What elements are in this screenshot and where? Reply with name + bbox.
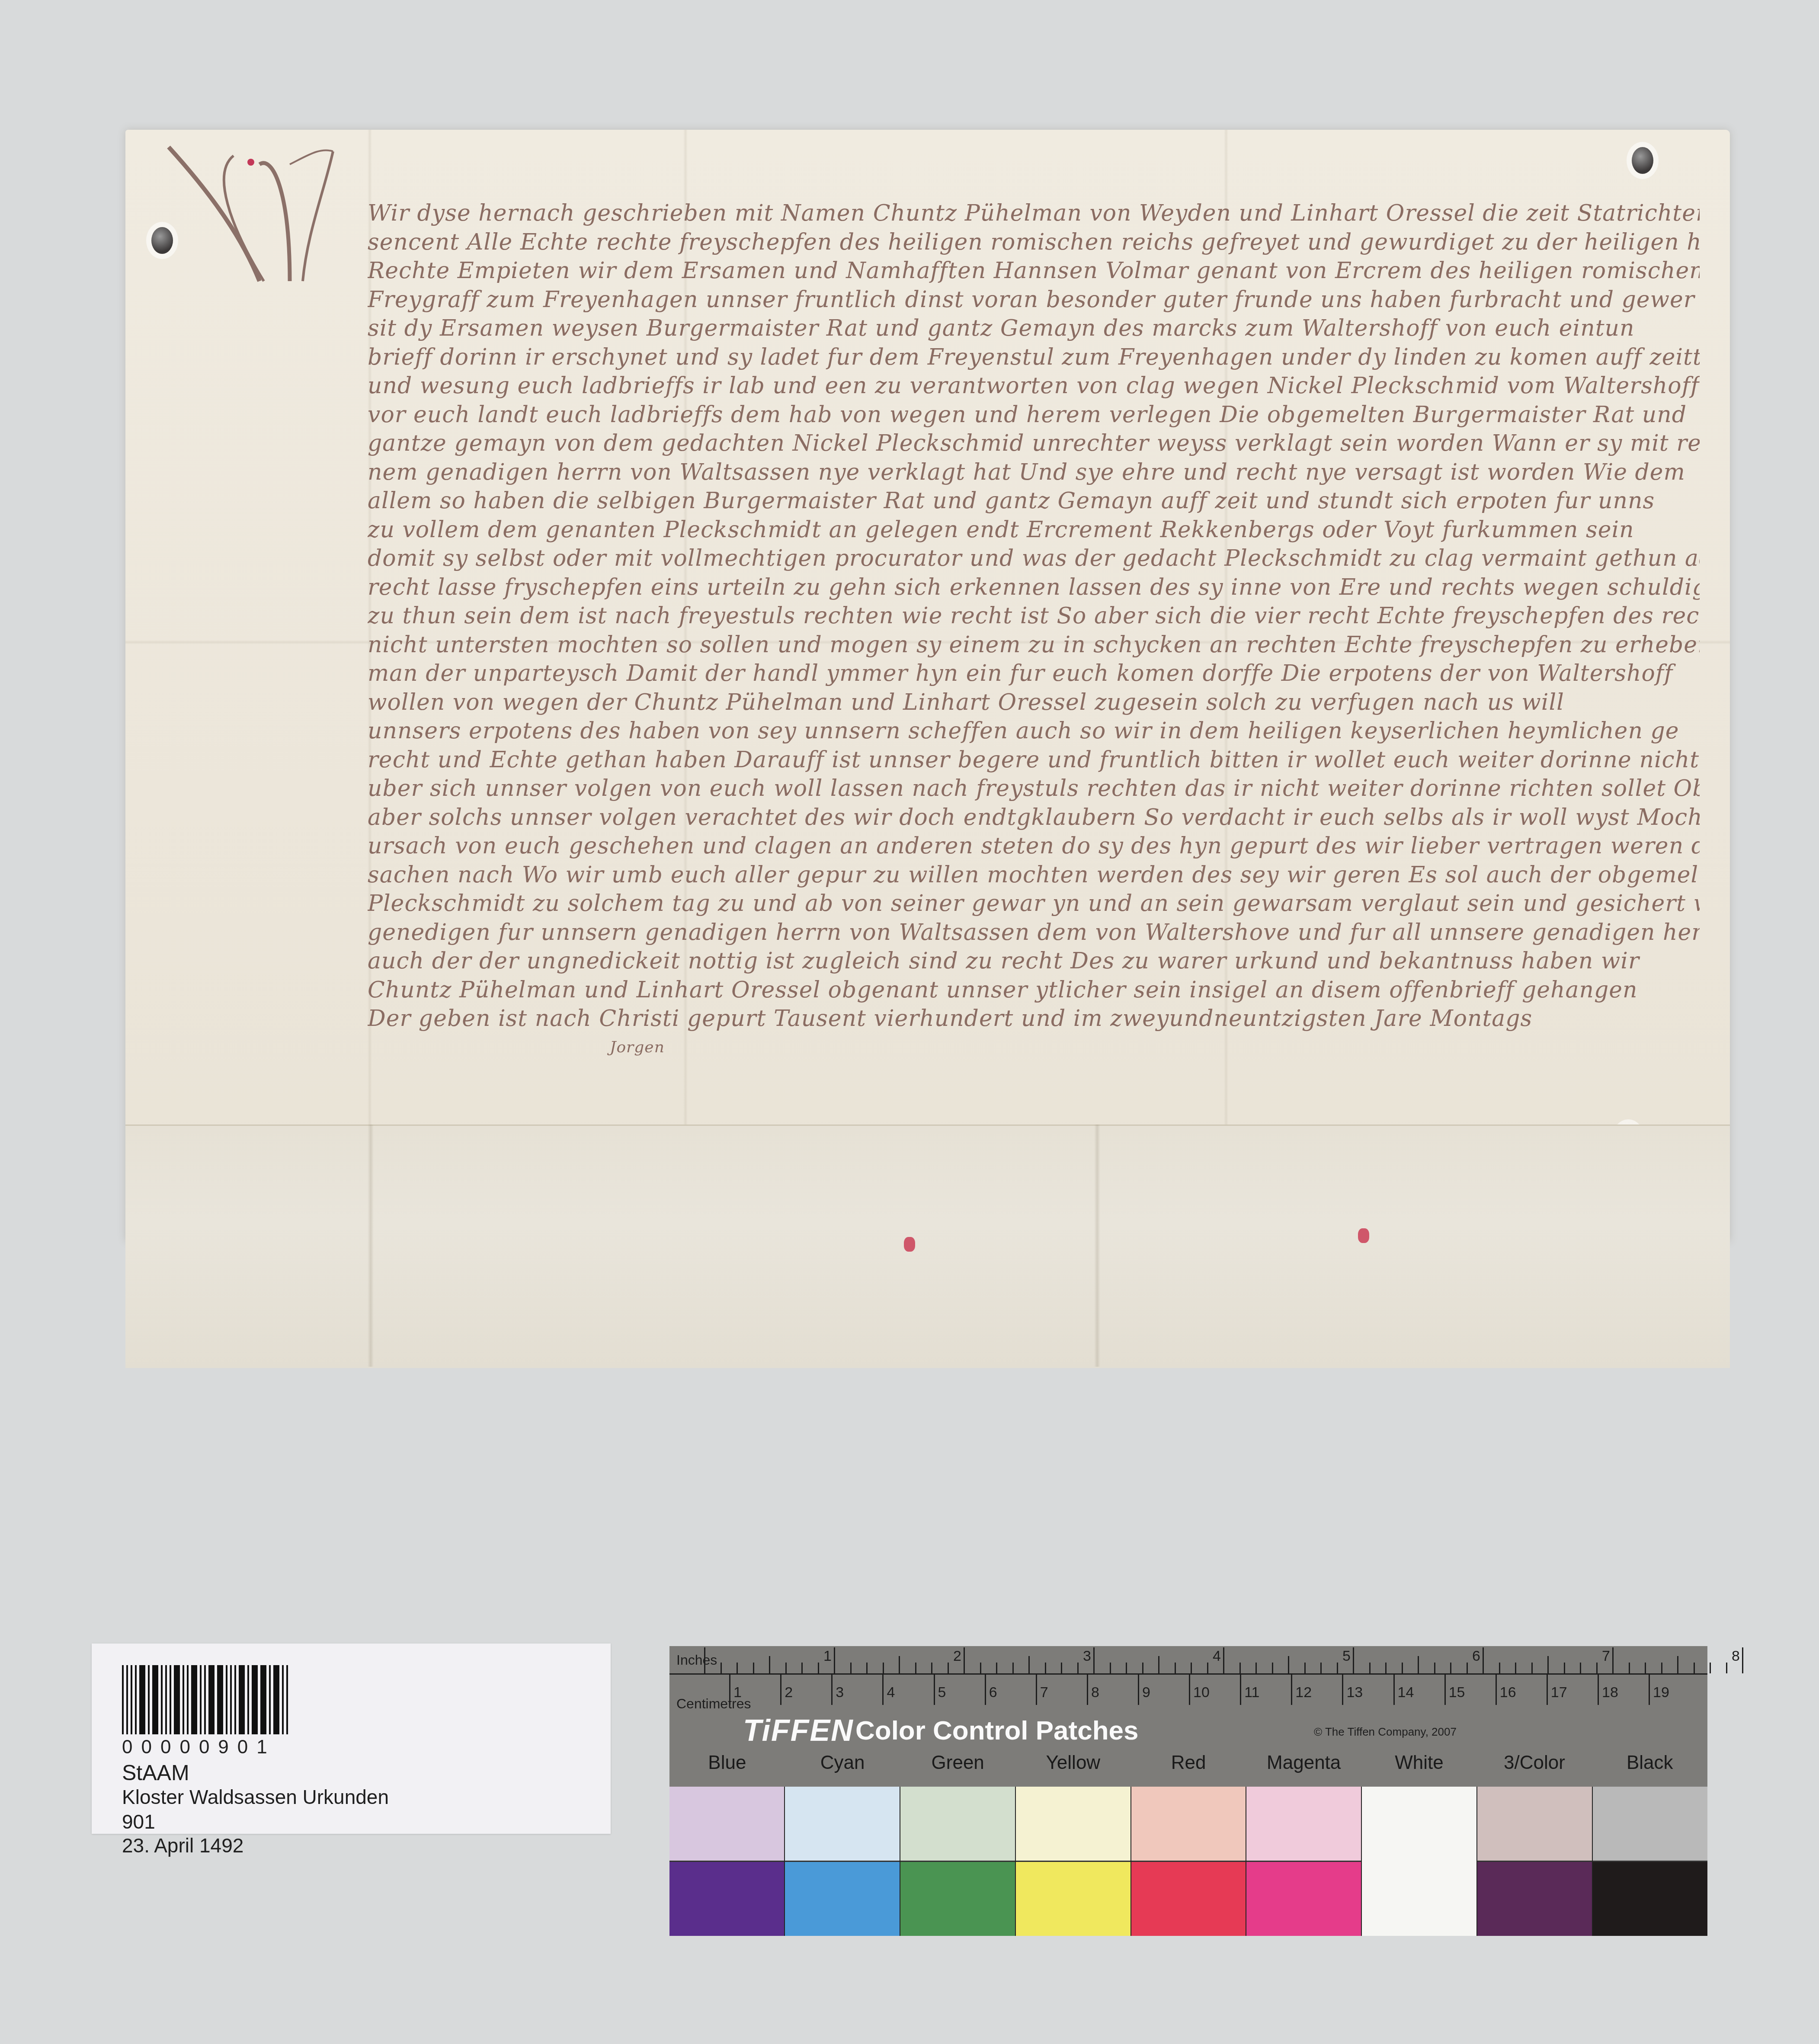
- inch-tick: [980, 1663, 981, 1673]
- barcode-bar: [269, 1665, 271, 1734]
- inch-tick: [1207, 1663, 1208, 1673]
- inch-tick: [1547, 1656, 1549, 1673]
- barcode-bar: [286, 1665, 288, 1734]
- patch-name: Black: [1592, 1752, 1707, 1787]
- inch-tick-label: 3: [1083, 1648, 1091, 1665]
- inch-tick: [834, 1647, 835, 1673]
- cm-tick-label: 12: [1295, 1684, 1312, 1701]
- barcode-bar: [170, 1665, 171, 1734]
- inch-tick: [721, 1663, 722, 1673]
- cm-tick-label: 3: [836, 1684, 844, 1701]
- cm-tick: [780, 1675, 781, 1705]
- script-line: uber sich unnser volgen von euch woll la…: [368, 774, 1700, 803]
- inch-tick-label: 5: [1342, 1648, 1351, 1665]
- barcode-bar: [208, 1665, 215, 1734]
- seal-slit-mark: [1358, 1228, 1369, 1243]
- inch-tick-label: 6: [1472, 1648, 1480, 1665]
- patch-name: White: [1361, 1752, 1477, 1787]
- cm-tick: [1547, 1675, 1548, 1705]
- closing-word: Jorgen: [368, 1033, 1700, 1062]
- mounting-rivet: [1632, 147, 1653, 174]
- dark-patch: [669, 1861, 784, 1936]
- inch-tick: [1434, 1663, 1435, 1673]
- barcode-bar: [187, 1665, 189, 1734]
- inch-tick: [1223, 1647, 1224, 1673]
- patch-name: Yellow: [1015, 1752, 1131, 1787]
- inch-tick: [1093, 1647, 1095, 1673]
- script-line: gantze gemayn von dem gedachten Nickel P…: [368, 429, 1700, 458]
- patch-column: [900, 1787, 1016, 1936]
- barcode-bar: [204, 1665, 206, 1734]
- barcode-bar: [217, 1665, 223, 1734]
- barcode-bar: [247, 1665, 249, 1734]
- inch-tick: [1126, 1663, 1127, 1673]
- script-line: nicht untersten mochten so sollen und mo…: [368, 631, 1700, 660]
- cm-tick-label: 16: [1500, 1684, 1516, 1701]
- barcode-bar: [161, 1665, 163, 1734]
- brand-logo: TiFFEN: [743, 1713, 854, 1748]
- cm-tick: [1342, 1675, 1343, 1705]
- cm-tick: [934, 1675, 935, 1705]
- barcode-bar: [252, 1665, 258, 1734]
- barcode-bar: [152, 1665, 158, 1734]
- inch-tick-label: 4: [1213, 1648, 1221, 1665]
- dark-patch: [1477, 1861, 1592, 1936]
- fold-crease: [1094, 1125, 1100, 1367]
- inch-tick: [1402, 1663, 1403, 1673]
- inch-tick: [1142, 1663, 1143, 1673]
- inch-tick: [1353, 1647, 1354, 1673]
- patch-name: Blue: [669, 1752, 785, 1787]
- barcode-bar: [282, 1665, 284, 1734]
- barcode-bar: [174, 1665, 180, 1734]
- color-control-chart: Inches Centimetres TiFFEN Color Control …: [669, 1646, 1707, 1936]
- light-patch: [1016, 1787, 1130, 1861]
- barcode: [122, 1665, 291, 1734]
- script-line: Wir dyse hernach geschrieben mit Namen C…: [368, 199, 1700, 228]
- inch-tick: [1450, 1663, 1451, 1673]
- fold-crease: [368, 1125, 374, 1367]
- cm-tick: [831, 1675, 833, 1705]
- script-line: sencent Alle Echte rechte freyschepfen d…: [368, 228, 1700, 257]
- inch-tick: [1272, 1663, 1273, 1673]
- dark-patch: [1131, 1861, 1246, 1936]
- script-line: man der unparteysch Damit der handl ymme…: [368, 659, 1700, 688]
- script-line: sachen nach Wo wir umb euch aller gepur …: [368, 861, 1700, 890]
- script-line: Freygraff zum Freyenhagen unnser fruntli…: [368, 285, 1700, 314]
- light-patch: [1246, 1787, 1361, 1861]
- script-line: sit dy Ersamen weysen Burgermaister Rat …: [368, 314, 1700, 343]
- cm-tick-label: 4: [887, 1684, 895, 1701]
- cm-tick: [1598, 1675, 1599, 1705]
- inch-tick: [1158, 1656, 1159, 1673]
- inch-tick: [1580, 1663, 1581, 1673]
- cm-tick-label: 14: [1398, 1684, 1414, 1701]
- inch-tick: [850, 1663, 852, 1673]
- inch-tick: [1677, 1656, 1678, 1673]
- inch-tick: [1175, 1663, 1176, 1673]
- cm-tick-label: 2: [785, 1684, 793, 1701]
- inch-tick: [1239, 1663, 1241, 1673]
- barcode-bar: [260, 1665, 266, 1734]
- cm-tick-label: 8: [1091, 1684, 1099, 1701]
- light-patch: [1593, 1787, 1707, 1861]
- cm-tick-label: 10: [1193, 1684, 1210, 1701]
- script-line: domit sy selbst oder mit vollmechtigen p…: [368, 544, 1700, 573]
- cm-tick-label: 11: [1244, 1684, 1259, 1701]
- inch-tick: [1661, 1663, 1662, 1673]
- script-line: genedigen fur unnsern genadigen herrn vo…: [368, 918, 1700, 947]
- barcode-bar: [226, 1665, 227, 1734]
- inch-tick: [1694, 1663, 1695, 1673]
- patch-name: Green: [900, 1752, 1015, 1787]
- light-patch: [900, 1787, 1015, 1861]
- cm-tick-label: 1: [733, 1684, 742, 1701]
- inch-tick-label: 7: [1602, 1648, 1610, 1665]
- cm-tick: [882, 1675, 884, 1705]
- inch-tick: [1515, 1663, 1516, 1673]
- cm-tick-label: 6: [989, 1684, 997, 1701]
- dark-patch: [785, 1861, 900, 1936]
- inch-tick: [818, 1663, 819, 1673]
- cm-tick: [1291, 1675, 1292, 1705]
- ruler-baseline: [669, 1673, 1707, 1675]
- script-line: ursach von euch geschehen und clagen an …: [368, 832, 1700, 861]
- light-patch: [785, 1787, 900, 1861]
- inch-tick: [737, 1663, 738, 1673]
- inch-tick: [1612, 1647, 1614, 1673]
- inch-tick: [899, 1656, 900, 1673]
- inch-tick: [1191, 1663, 1192, 1673]
- script-line: recht lasse fryschepfen eins urteiln zu …: [368, 573, 1700, 602]
- script-line: allem so haben die selbigen Burgermaiste…: [368, 487, 1700, 516]
- collection-name: Kloster Waldsassen Urkunden: [122, 1785, 389, 1809]
- inch-tick: [801, 1663, 803, 1673]
- barcode-bar: [191, 1665, 197, 1734]
- inch-tick: [1467, 1663, 1468, 1673]
- barcode-number: 00000901: [122, 1736, 276, 1758]
- script-line: vor euch landt euch ladbrieffs dem hab v…: [368, 400, 1700, 429]
- script-line: unnsers erpotens des haben von sey unnse…: [368, 717, 1700, 746]
- cm-tick-label: 9: [1142, 1684, 1150, 1701]
- cm-tick: [1087, 1675, 1088, 1705]
- inch-tick: [769, 1656, 770, 1673]
- ruler: Inches Centimetres TiFFEN Color Control …: [669, 1646, 1707, 1787]
- inch-tick: [915, 1663, 916, 1673]
- inch-tick: [948, 1663, 949, 1673]
- inch-tick: [964, 1647, 965, 1673]
- document-date: 23. April 1492: [122, 1834, 243, 1857]
- seal-fold-plica: [125, 1125, 1730, 1368]
- inch-tick: [1564, 1663, 1565, 1673]
- inch-tick: [1320, 1663, 1322, 1673]
- inch-tick: [1045, 1663, 1046, 1673]
- inch-tick: [704, 1647, 705, 1673]
- barcode-bar: [239, 1665, 245, 1734]
- inch-tick: [883, 1663, 884, 1673]
- patch-column: [1246, 1787, 1362, 1936]
- cm-tick-label: 13: [1346, 1684, 1363, 1701]
- cm-tick: [985, 1675, 986, 1705]
- archive-name: StAAM: [122, 1760, 189, 1785]
- barcode-bar: [273, 1665, 279, 1734]
- dark-patch: [1362, 1861, 1476, 1936]
- dark-patch: [900, 1861, 1015, 1936]
- inch-tick-label: 8: [1732, 1648, 1740, 1665]
- decorated-initial-icon: [160, 138, 385, 294]
- inch-tick: [1499, 1663, 1500, 1673]
- inch-tick: [1255, 1663, 1257, 1673]
- document-number: 901: [122, 1810, 155, 1833]
- seal-slit-mark: [904, 1237, 915, 1252]
- barcode-bar: [122, 1665, 124, 1734]
- barcode-bar: [135, 1665, 137, 1734]
- inch-tick: [1028, 1656, 1030, 1673]
- light-patch: [1131, 1787, 1246, 1861]
- cm-tick: [1496, 1675, 1497, 1705]
- inch-tick: [1726, 1663, 1727, 1673]
- barcode-bar: [131, 1665, 132, 1734]
- inch-tick: [1304, 1663, 1306, 1673]
- patch-name: Magenta: [1246, 1752, 1361, 1787]
- cm-tick-label: 5: [938, 1684, 946, 1701]
- light-patch: [1362, 1787, 1476, 1861]
- script-line: wollen von wegen der Chuntz Pühelman und…: [368, 688, 1700, 717]
- patch-column: [1593, 1787, 1707, 1936]
- dark-patch: [1593, 1861, 1707, 1936]
- script-line: auch der der ungnedickeit nottig ist zug…: [368, 947, 1700, 976]
- inch-tick: [1012, 1663, 1014, 1673]
- cm-tick-label: 15: [1449, 1684, 1465, 1701]
- patch-name: Cyan: [785, 1752, 900, 1787]
- cm-tick-label: 7: [1040, 1684, 1048, 1701]
- cm-tick: [1649, 1675, 1650, 1705]
- inch-tick: [1337, 1663, 1338, 1673]
- patch-name: Red: [1131, 1752, 1246, 1787]
- barcode-bar: [126, 1665, 128, 1734]
- patch-column: [669, 1787, 785, 1936]
- inch-tick: [1077, 1663, 1079, 1673]
- inch-tick: [1483, 1647, 1484, 1673]
- inch-tick-label: 1: [823, 1648, 832, 1665]
- patch-column: [1477, 1787, 1593, 1936]
- parchment-charter: Wir dyse hernach geschrieben mit Namen C…: [125, 130, 1730, 1241]
- archive-label: 00000901 StAAM Kloster Waldsassen Urkund…: [92, 1644, 611, 1834]
- script-line: zu thun sein dem ist nach freyestuls rec…: [368, 602, 1700, 631]
- cm-tick-label: 17: [1551, 1684, 1567, 1701]
- script-line: und wesung euch ladbrieffs ir lab und ee…: [368, 372, 1700, 400]
- cm-tick: [1138, 1675, 1139, 1705]
- barcode-bar: [200, 1665, 202, 1734]
- script-line: nem genadigen herrn von Waltsassen nye v…: [368, 458, 1700, 487]
- inch-tick-label: 2: [953, 1648, 961, 1665]
- cm-tick: [1189, 1675, 1190, 1705]
- light-patch: [669, 1787, 784, 1861]
- inch-tick: [1418, 1656, 1419, 1673]
- inch-tick: [1369, 1663, 1371, 1673]
- barcode-bar: [165, 1665, 167, 1734]
- charter-text: Wir dyse hernach geschrieben mit Namen C…: [368, 199, 1700, 1062]
- cm-tick-label: 19: [1653, 1684, 1669, 1701]
- inch-tick: [753, 1663, 754, 1673]
- inch-tick: [931, 1663, 932, 1673]
- barcode-bar: [139, 1665, 145, 1734]
- patch-name: 3/Color: [1477, 1752, 1592, 1787]
- script-line: Der geben ist nach Christi gepurt Tausen…: [368, 1004, 1700, 1033]
- script-line: brieff dorinn ir erschynet und sy ladet …: [368, 343, 1700, 372]
- script-line: zu vollem dem genanten Pleckschmidt an g…: [368, 516, 1700, 545]
- inch-tick: [1710, 1663, 1711, 1673]
- cm-tick: [1036, 1675, 1037, 1705]
- cm-tick: [1240, 1675, 1241, 1705]
- color-patches: [669, 1787, 1707, 1936]
- inch-tick: [1061, 1663, 1062, 1673]
- inch-tick: [1110, 1663, 1111, 1673]
- inch-tick: [1596, 1663, 1598, 1673]
- script-line: Pleckschmidt zu solchem tag zu und ab vo…: [368, 889, 1700, 918]
- chart-title: Color Control Patches: [855, 1715, 1139, 1746]
- cm-tick: [1444, 1675, 1446, 1705]
- patch-column: [1362, 1787, 1477, 1936]
- copyright-text: © The Tiffen Company, 2007: [1314, 1725, 1457, 1739]
- patch-names: BlueCyanGreenYellowRedMagentaWhite3/Colo…: [669, 1752, 1707, 1787]
- inch-tick: [1288, 1656, 1289, 1673]
- dark-patch: [1016, 1861, 1130, 1936]
- cm-tick-label: 18: [1602, 1684, 1618, 1701]
- script-line: recht und Echte gethan haben Darauff ist…: [368, 746, 1700, 775]
- inch-tick: [866, 1663, 868, 1673]
- patch-column: [1016, 1787, 1131, 1936]
- barcode-bar: [230, 1665, 232, 1734]
- barcode-bar: [183, 1665, 184, 1734]
- patch-column: [785, 1787, 900, 1936]
- script-line: Rechte Empieten wir dem Ersamen und Namh…: [368, 256, 1700, 285]
- inch-tick: [1742, 1647, 1743, 1673]
- inch-tick: [1645, 1663, 1646, 1673]
- inch-tick: [1629, 1663, 1630, 1673]
- cm-tick: [1393, 1675, 1395, 1705]
- script-line: Chuntz Pühelman und Linhart Oressel obge…: [368, 976, 1700, 1005]
- inch-tick: [1531, 1663, 1533, 1673]
- barcode-bar: [234, 1665, 236, 1734]
- patch-column: [1131, 1787, 1247, 1936]
- inches-label: Inches: [676, 1652, 717, 1668]
- inch-tick: [1385, 1663, 1387, 1673]
- light-patch: [1477, 1787, 1592, 1861]
- inch-tick: [996, 1663, 997, 1673]
- dark-patch: [1246, 1861, 1361, 1936]
- cm-tick: [729, 1675, 730, 1705]
- barcode-bar: [148, 1665, 150, 1734]
- inch-tick: [785, 1663, 787, 1673]
- script-line: aber solchs unnser volgen verachtet des …: [368, 803, 1700, 832]
